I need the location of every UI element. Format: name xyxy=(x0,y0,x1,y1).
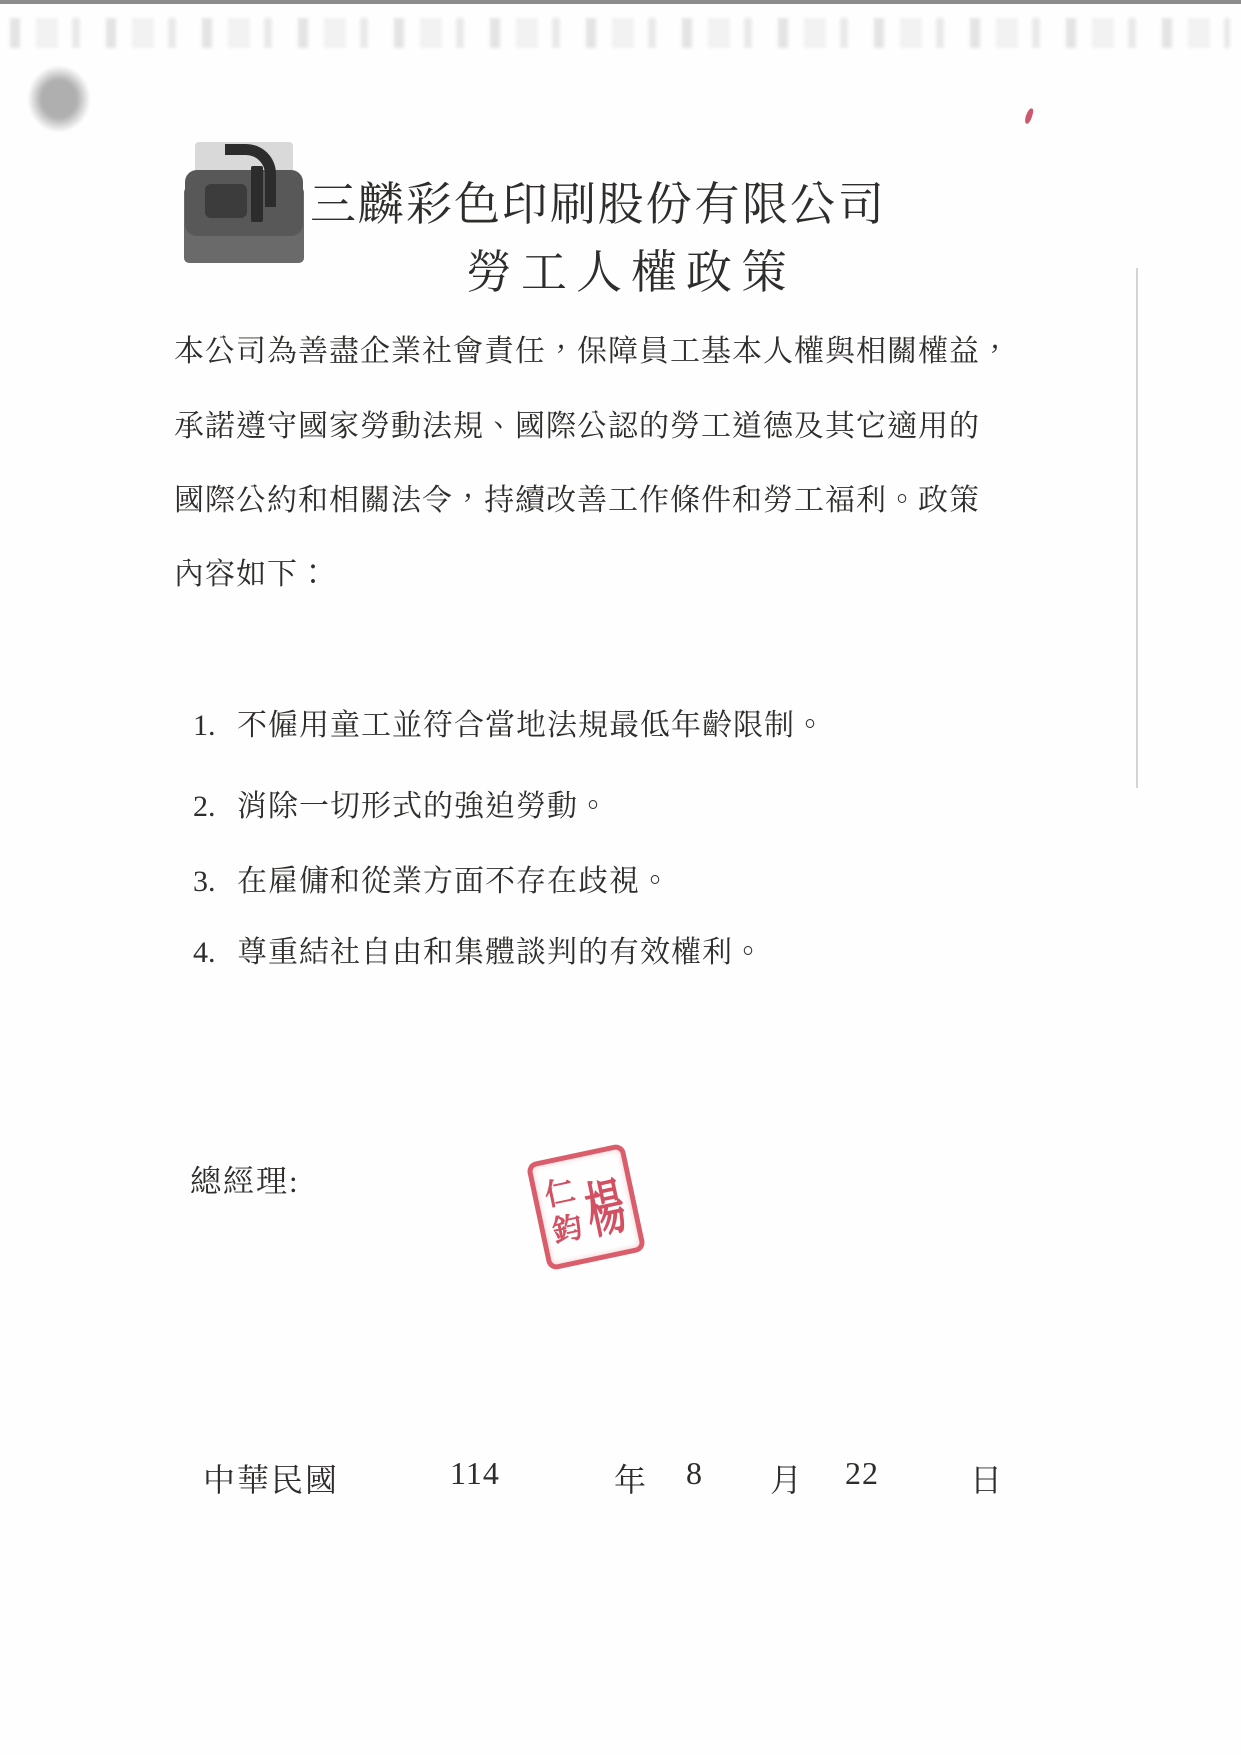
policy-item-number: 2. xyxy=(193,790,237,824)
scan-page-edge-line xyxy=(1136,268,1138,788)
date-day-unit: 日 xyxy=(970,1455,1004,1501)
scan-noise-band xyxy=(10,18,1230,48)
policy-item-text: 消除一切形式的強迫勞動。 xyxy=(237,790,609,823)
seal-character: 仁 xyxy=(541,1172,578,1215)
policy-item-text: 不僱用童工並符合當地法規最低年齡限制。 xyxy=(237,709,826,742)
general-manager-seal-stamp: 仁 鈞 楊 xyxy=(526,1143,647,1271)
policy-item-text: 尊重結社自由和集體談判的有效權利。 xyxy=(237,936,764,969)
policy-list-item: 4.尊重結社自由和集體談判的有效權利。 xyxy=(193,927,764,971)
policy-item-number: 3. xyxy=(193,865,237,899)
scan-smudge xyxy=(28,66,90,132)
scanned-policy-document: 三麟彩色印刷股份有限公司 勞工人權政策 本公司為善盡企業社會責任，保障員工基本人… xyxy=(0,0,1241,1755)
company-logo xyxy=(183,140,305,240)
intro-paragraph-line: 承諾遵守國家勞動法規、國際公認的勞工道德及其它適用的 xyxy=(174,401,980,445)
company-name-title: 三麟彩色印刷股份有限公司 xyxy=(310,168,886,234)
general-manager-label: 總經理: xyxy=(190,1156,300,1201)
seal-character: 楊 xyxy=(580,1173,631,1247)
document-title: 勞工人權政策 xyxy=(466,236,796,302)
date-day-value: 22 xyxy=(845,1455,879,1492)
date-era-label: 中華民國 xyxy=(203,1455,339,1501)
company-logo-mark-stub xyxy=(251,166,263,222)
intro-paragraph-line: 本公司為善盡企業社會責任，保障員工基本人權與相關權益， xyxy=(174,326,1011,370)
policy-item-number: 4. xyxy=(193,936,237,970)
policy-list-item: 2.消除一切形式的強迫勞動。 xyxy=(193,781,609,825)
policy-item-text: 在雇傭和從業方面不存在歧視。 xyxy=(237,865,671,898)
scan-top-edge-line xyxy=(0,0,1241,4)
policy-list-item: 3.在雇傭和從業方面不存在歧視。 xyxy=(193,856,671,900)
date-month-value: 8 xyxy=(686,1455,704,1492)
scan-red-mark xyxy=(1024,107,1035,124)
intro-paragraph-line: 內容如下： xyxy=(174,549,329,593)
date-month-unit: 月 xyxy=(770,1455,804,1501)
policy-list-item: 1.不僱用童工並符合當地法規最低年齡限制。 xyxy=(193,700,826,744)
seal-left-column: 仁 鈞 xyxy=(541,1172,586,1252)
seal-character: 鈞 xyxy=(549,1209,586,1252)
intro-paragraph-line: 國際公約和相關法令，持續改善工作條件和勞工福利。政策 xyxy=(174,475,980,519)
date-year-value: 114 xyxy=(450,1455,500,1492)
date-year-unit: 年 xyxy=(614,1455,648,1501)
seal-right-column: 楊 xyxy=(577,1156,632,1250)
policy-item-number: 1. xyxy=(193,709,237,743)
